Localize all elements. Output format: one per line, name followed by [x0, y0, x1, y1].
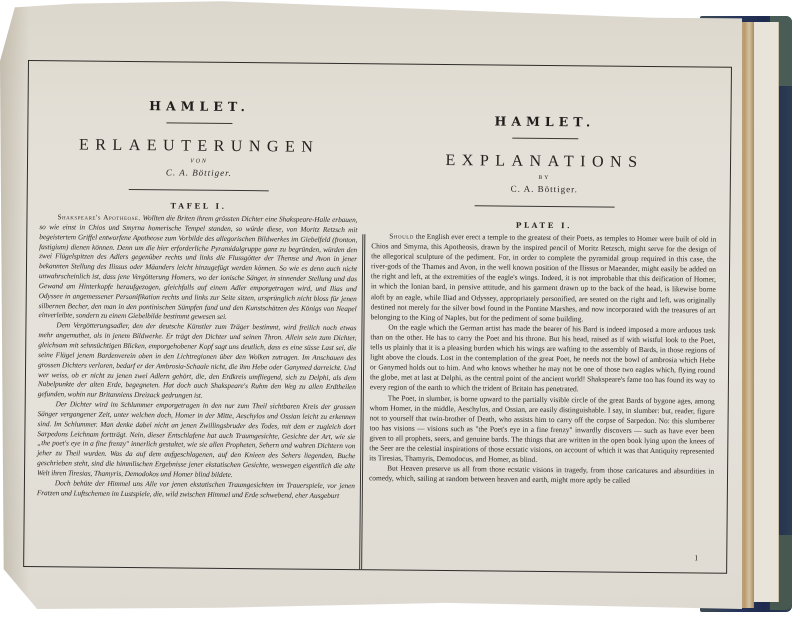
english-paragraph: On the eagle which the German artist has…	[370, 322, 716, 396]
german-by: VON	[40, 157, 358, 166]
english-paragraph: Should the English ever erect a temple t…	[370, 231, 716, 325]
german-plate-heading: TAFEL I.	[40, 200, 358, 212]
german-subtitle: ERLAEUTERUNGEN	[40, 136, 358, 157]
english-plate-heading: PLATE I.	[371, 219, 716, 231]
english-subtitle: EXPLANATIONS	[372, 151, 717, 172]
page-number: 1	[694, 553, 698, 562]
german-paragraph: Doch behüte der Himmel uns Alle vor jene…	[37, 478, 355, 501]
german-author: C. A. Böttiger.	[40, 166, 358, 179]
english-body: Should the English ever erect a temple t…	[369, 231, 716, 487]
english-paragraph: The Poet, in slumber, is borne upward to…	[369, 393, 715, 467]
german-paragraph: Shakspeare's Apotheose. Wollten die Brit…	[39, 212, 358, 323]
paragraph-lead: Should	[389, 231, 414, 240]
column-divider	[359, 234, 365, 569]
german-body: Shakspeare's Apotheose. Wollten die Brit…	[37, 212, 358, 501]
title-rule	[512, 138, 578, 140]
book-page: HAMLET. ERLAEUTERUNGEN VON C. A. Böttige…	[0, 0, 742, 612]
heading-rule	[474, 205, 614, 207]
german-paragraph: Der Dichter wird im Schlummer emporgetra…	[37, 399, 356, 481]
english-column: HAMLET. EXPLANATIONS BY C. A. Böttiger. …	[369, 64, 718, 487]
english-author: C. A. Böttiger.	[372, 182, 717, 195]
english-by: BY	[372, 173, 717, 182]
title-rule	[166, 122, 232, 124]
german-title: HAMLET.	[41, 97, 359, 115]
page-frame: HAMLET. ERLAEUTERUNGEN VON C. A. Böttige…	[23, 60, 732, 574]
paragraph-text: Wollten die Briten ihrem grössten Dichte…	[39, 213, 358, 321]
paragraph-text: the English ever erect a temple to the g…	[371, 232, 717, 323]
german-column: HAMLET. ERLAEUTERUNGEN VON C. A. Böttige…	[37, 61, 359, 501]
german-paragraph: Dem Vergötterungsadler, den der deutsche…	[38, 320, 357, 402]
heading-rule	[129, 189, 269, 191]
paragraph-lead: Shakspeare's Apotheose.	[57, 212, 140, 222]
english-title: HAMLET.	[372, 112, 717, 130]
english-paragraph: But Heaven preserve us all from those ec…	[369, 463, 714, 486]
